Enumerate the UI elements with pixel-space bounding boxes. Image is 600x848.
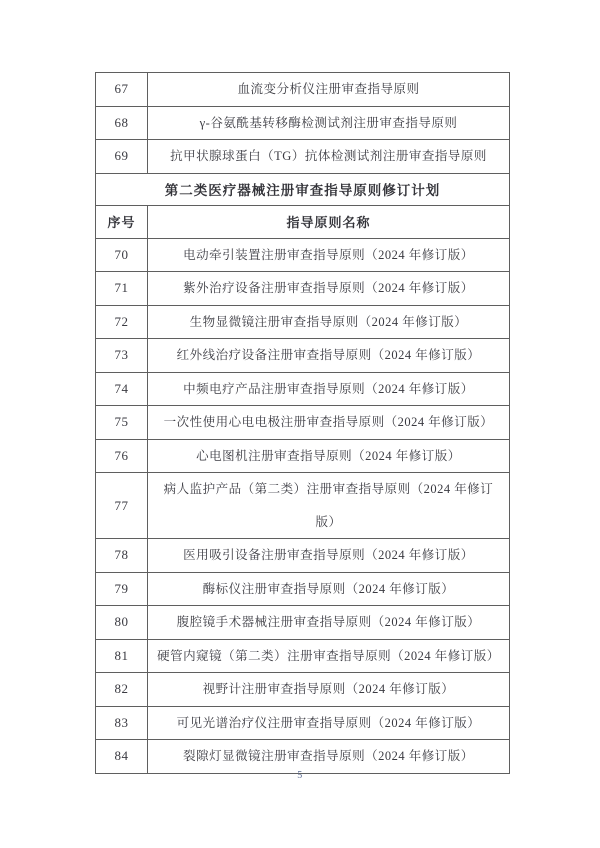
row-number: 80	[96, 606, 148, 640]
table-row: 80腹腔镜手术器械注册审查指导原则（2024 年修订版）	[96, 606, 510, 640]
row-name: 电动牵引装置注册审查指导原则（2024 年修订版）	[148, 238, 510, 272]
row-number: 78	[96, 539, 148, 573]
row-name: 心电图机注册审查指导原则（2024 年修订版）	[148, 439, 510, 473]
row-number: 71	[96, 272, 148, 306]
row-name: 中频电疗产品注册审查指导原则（2024 年修订版）	[148, 372, 510, 406]
row-number: 75	[96, 406, 148, 440]
row-name: 可见光谱治疗仪注册审查指导原则（2024 年修订版）	[148, 706, 510, 740]
table-row: 75一次性使用心电电极注册审查指导原则（2024 年修订版）	[96, 406, 510, 440]
row-name: 生物显微镜注册审查指导原则（2024 年修订版）	[148, 305, 510, 339]
section-title-row: 第二类医疗器械注册审查指导原则修订计划	[96, 173, 510, 206]
row-name: 病人监护产品（第二类）注册审查指导原则（2024 年修订版）	[148, 473, 510, 539]
table-row: 73红外线治疗设备注册审查指导原则（2024 年修订版）	[96, 339, 510, 373]
column-header-row: 序号 指导原则名称	[96, 206, 510, 239]
table-row: 84裂隙灯显微镜注册审查指导原则（2024 年修订版）	[96, 740, 510, 774]
table-row: 78医用吸引设备注册审查指导原则（2024 年修订版）	[96, 539, 510, 573]
row-number: 70	[96, 238, 148, 272]
row-number: 76	[96, 439, 148, 473]
row-number: 67	[96, 73, 148, 107]
section-title: 第二类医疗器械注册审查指导原则修订计划	[96, 173, 510, 206]
table-row: 69抗甲状腺球蛋白（TG）抗体检测试剂注册审查指导原则	[96, 140, 510, 174]
table-row: 83可见光谱治疗仪注册审查指导原则（2024 年修订版）	[96, 706, 510, 740]
row-name: 抗甲状腺球蛋白（TG）抗体检测试剂注册审查指导原则	[148, 140, 510, 174]
row-number: 69	[96, 140, 148, 174]
table-row: 82视野计注册审查指导原则（2024 年修订版）	[96, 673, 510, 707]
row-number: 84	[96, 740, 148, 774]
table-row: 67血流变分析仪注册审查指导原则	[96, 73, 510, 107]
document-page: 67血流变分析仪注册审查指导原则68γ-谷氨酰基转移酶检测试剂注册审查指导原则6…	[0, 0, 600, 848]
row-name: 一次性使用心电电极注册审查指导原则（2024 年修订版）	[148, 406, 510, 440]
page-number: 5	[0, 770, 600, 781]
section-header-group: 第二类医疗器械注册审查指导原则修订计划 序号 指导原则名称	[96, 173, 510, 238]
table-row: 81硬管内窥镜（第二类）注册审查指导原则（2024 年修订版）	[96, 639, 510, 673]
row-name: 腹腔镜手术器械注册审查指导原则（2024 年修订版）	[148, 606, 510, 640]
row-name: 血流变分析仪注册审查指导原则	[148, 73, 510, 107]
table-row: 77病人监护产品（第二类）注册审查指导原则（2024 年修订版）	[96, 473, 510, 539]
row-name: 视野计注册审查指导原则（2024 年修订版）	[148, 673, 510, 707]
row-name: 红外线治疗设备注册审查指导原则（2024 年修订版）	[148, 339, 510, 373]
table-row: 71紫外治疗设备注册审查指导原则（2024 年修订版）	[96, 272, 510, 306]
row-name: 酶标仪注册审查指导原则（2024 年修订版）	[148, 572, 510, 606]
column-header-name: 指导原则名称	[148, 206, 510, 239]
row-number: 77	[96, 473, 148, 539]
table-row: 76心电图机注册审查指导原则（2024 年修订版）	[96, 439, 510, 473]
row-number: 83	[96, 706, 148, 740]
row-number: 82	[96, 673, 148, 707]
row-name: γ-谷氨酰基转移酶检测试剂注册审查指导原则	[148, 106, 510, 140]
row-name: 硬管内窥镜（第二类）注册审查指导原则（2024 年修订版）	[148, 639, 510, 673]
table-row: 70电动牵引装置注册审查指导原则（2024 年修订版）	[96, 238, 510, 272]
row-name: 裂隙灯显微镜注册审查指导原则（2024 年修订版）	[148, 740, 510, 774]
revision-rows-section: 70电动牵引装置注册审查指导原则（2024 年修订版）71紫外治疗设备注册审查指…	[96, 238, 510, 773]
row-number: 72	[96, 305, 148, 339]
table-row: 68γ-谷氨酰基转移酶检测试剂注册审查指导原则	[96, 106, 510, 140]
row-name: 医用吸引设备注册审查指导原则（2024 年修订版）	[148, 539, 510, 573]
table-row: 74中频电疗产品注册审查指导原则（2024 年修订版）	[96, 372, 510, 406]
column-header-no: 序号	[96, 206, 148, 239]
row-name: 紫外治疗设备注册审查指导原则（2024 年修订版）	[148, 272, 510, 306]
table-row: 79酶标仪注册审查指导原则（2024 年修订版）	[96, 572, 510, 606]
row-number: 68	[96, 106, 148, 140]
continued-rows-section: 67血流变分析仪注册审查指导原则68γ-谷氨酰基转移酶检测试剂注册审查指导原则6…	[96, 73, 510, 174]
guidance-principles-table: 67血流变分析仪注册审查指导原则68γ-谷氨酰基转移酶检测试剂注册审查指导原则6…	[95, 72, 510, 774]
table-row: 72生物显微镜注册审查指导原则（2024 年修订版）	[96, 305, 510, 339]
row-number: 79	[96, 572, 148, 606]
row-number: 73	[96, 339, 148, 373]
row-number: 81	[96, 639, 148, 673]
row-number: 74	[96, 372, 148, 406]
